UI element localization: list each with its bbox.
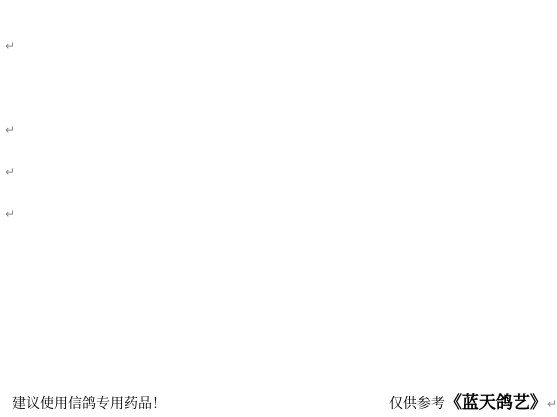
section-respiratory-line1: 呼 吸 道 ：《利君沙》每羽鸽子每天 1/4 片，连用 3—5 天，用药后要给一… [2, 225, 557, 246]
section-external-line: 体 外 虫 ：《百 部》一般 3-6 粒泡温水就可以！↵ [2, 309, 557, 330]
empty-line: ↵ [2, 36, 557, 57]
cursor-line: ↵ [2, 330, 557, 351]
section-timing-line: 清理时间 ：种鸽配对前 50 天，小鸽子 40 天大！↵ [2, 99, 557, 120]
empty-line: ↵ [2, 120, 557, 141]
empty-line: ↵ [2, 204, 557, 225]
note-line: 以上是人用药物做系统驱虫，鸽子健康也可以不做！↵ [2, 351, 557, 372]
pilcrow-mark: ↵ [5, 207, 15, 221]
section-order-line1: 清理顺序：球虫—毛滴虫--呼吸道—体内虫之后再来一次球虫上次治疗卵已经孵化出来了 [2, 57, 557, 78]
section-order-line2: 所以加一次球虫↵ [2, 78, 557, 99]
empty-line: ↵ [2, 162, 557, 183]
section-internal-line: 体内驱虫 ：《肠虫清》每羽鸽子每天 1/6 片，连用 3-5 天！用药后要给一天… [2, 141, 557, 162]
document-page[interactable]: 系统驱虫（人用药物）：↵ ↵ 清理顺序：球虫—毛滴虫--呼吸道—体内虫之后再来一… [0, 0, 557, 417]
reference-text: 仅供参考 [389, 396, 445, 412]
section-coccidia-line1: 球 虫 ：《青霉素》每羽鸽子每天 1 万-2 万单位饮水或肌肉注射，连用 3 天… [2, 267, 557, 288]
footer-left-text: 建议使用信鸽专用药品！ [12, 394, 166, 415]
section-trichomonas-line: 毛 滴 虫 ：《甲硝唑》每羽鸽子每天 1/4 片，连用 3—5 天，用药后要给一… [2, 183, 557, 204]
footer-right: 仅供参考《蓝天鸽艺》↵ [389, 393, 557, 415]
brand-title: 《蓝天鸽艺》 [445, 393, 547, 413]
section-respiratory-line2: 《盐酸环丙沙星》每羽鸽子每天 1/4 片，连用 3—5 天，用药后要给一天肝精。… [2, 246, 557, 267]
empty-line [2, 372, 557, 393]
title-line: 系统驱虫（人用药物）：↵ [2, 8, 557, 36]
pilcrow-mark: ↵ [5, 165, 15, 179]
pilcrow-mark: ↵ [5, 39, 15, 53]
section-coccidia-line2: 《痢特灵》每羽鸽子每天 0.03%拌料治疗球虫，连用 3 天，药后要给一天肝精。… [2, 288, 557, 309]
pilcrow-mark: ↵ [5, 123, 15, 137]
pilcrow-mark: ↵ [547, 397, 557, 411]
footer-line: 建议使用信鸽专用药品！ 仅供参考《蓝天鸽艺》↵ [2, 393, 557, 416]
